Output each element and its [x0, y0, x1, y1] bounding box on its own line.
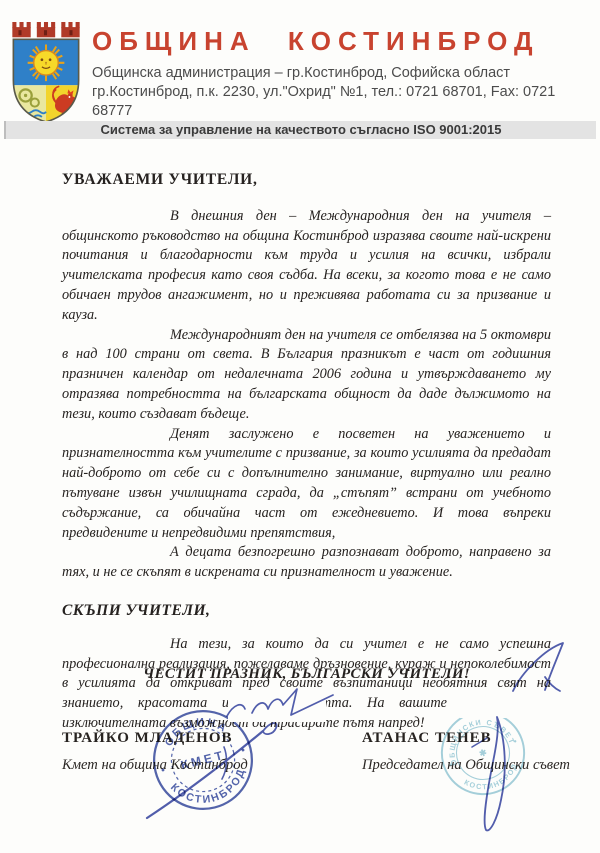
salutation-teachers: УВАЖАЕМИ УЧИТЕЛИ, [62, 170, 551, 190]
letter-paragraph: А децата безпогрешно разпознават доброто… [62, 543, 551, 583]
letter-paragraph: Денят заслужено е посветен на уважението… [62, 425, 551, 544]
salutation-dear-teachers: СКЪПИ УЧИТЕЛИ, [62, 601, 551, 621]
letter-paragraph: Международният ден на учителя се отбеляз… [62, 326, 551, 425]
closing-greeting-line: ЧЕСТИТ ПРАЗНИК, БЪЛГАРСКИ УЧИТЕЛИ! [62, 666, 551, 683]
municipality-coat-of-arms-icon [10, 22, 82, 124]
scanned-letter-page: ОБЩИНА КОСТИНБРОД Общинска администрация… [0, 0, 600, 853]
administration-line: Общинска администрация – гр.Костинброд, … [92, 64, 594, 83]
council-round-stamp-icon: ОБЩИНСКИ СЪВЕТ КОСТИНБРОД ✱ [436, 706, 530, 800]
letter-paragraph: В днешния ден – Международния ден на учи… [62, 207, 551, 326]
letter-body: УВАЖАЕМИ УЧИТЕЛИ, В днешния ден – Междун… [62, 170, 551, 734]
stamp-center-text: ✱ [478, 747, 489, 759]
stamp-center-text: КМЕТ [179, 748, 226, 773]
redaction-box [460, 694, 572, 718]
iso-quality-banner: Система за управление на качеството съгл… [4, 121, 596, 139]
address-phone-line: гр.Костинброд, п.к. 2230, ул."Охрид" №1,… [92, 83, 594, 121]
redaction-box [228, 692, 326, 722]
municipality-name-title: ОБЩИНА КОСТИНБРОД [92, 26, 594, 57]
